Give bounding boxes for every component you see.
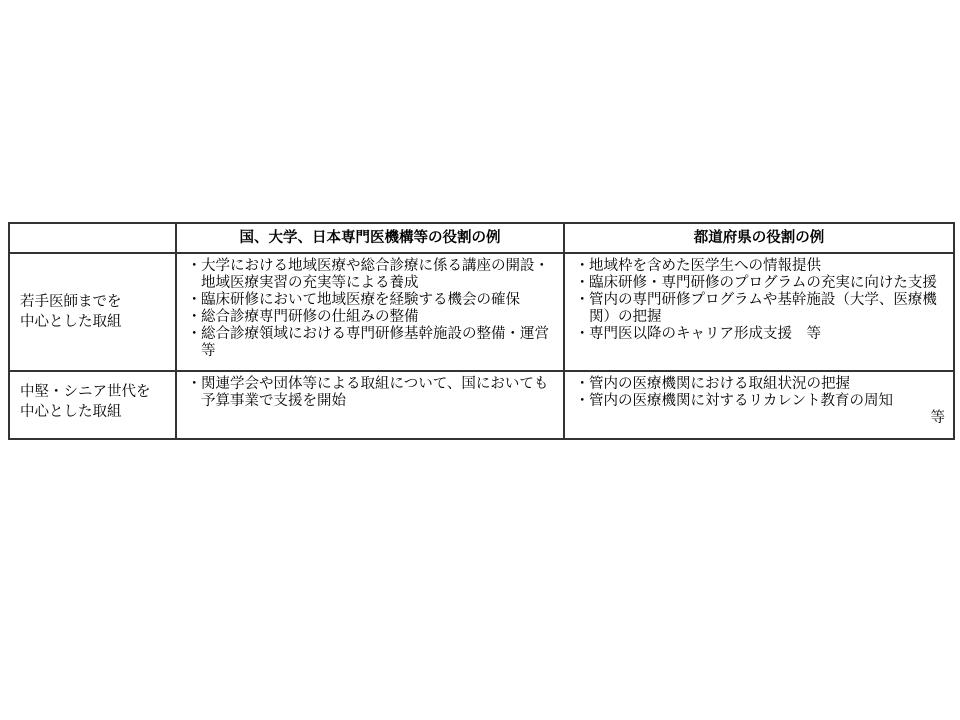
list-item-text: 総合診療領域における専門研修基幹施設の整備・運営 等: [201, 326, 564, 359]
list-item-text: 専門医以降のキャリア形成支援 等: [589, 326, 821, 342]
row-label: 中堅・シニア世代を 中心とした取組: [9, 371, 176, 439]
bullet-icon: ・: [187, 292, 202, 309]
list-item-text: 地域枠を含めた医学生への情報提供: [589, 258, 821, 274]
list-item: ・専門医以降のキャリア形成支援 等: [575, 326, 947, 343]
header-empty: [9, 223, 176, 253]
row-label-line: 若手医師までを: [20, 292, 175, 312]
list-item: ・管内の医療機関における取組状況の把握: [575, 376, 947, 393]
bullet-icon: ・: [575, 326, 590, 343]
table-row-young-doctors: 若手医師までを 中心とした取組 ・大学における地域医療や総合診療に係る講座の開設…: [9, 253, 954, 371]
row-label-line: 中心とした取組: [20, 312, 175, 332]
list-item: ・大学における地域医療や総合診療に係る講座の開設・地域医療実習の充実等による養成: [187, 258, 557, 292]
header-national-roles: 国、大学、日本専門医機構等の役割の例: [176, 223, 564, 253]
bullet-icon: ・: [187, 309, 202, 326]
list-item-text: 大学における地域医療や総合診療に係る講座の開設・地域医療実習の充実等による養成: [201, 258, 549, 291]
row-label-line: 中堅・シニア世代を: [20, 382, 175, 402]
list-item-text: 管内の医療機関に対するリカレント教育の周知: [589, 393, 893, 409]
prefecture-roles-cell: ・管内の医療機関における取組状況の把握 ・管内の医療機関に対するリカレント教育の…: [564, 371, 954, 439]
list-item-text: 関連学会や団体等による取組について、国においても予算事業で支援を開始: [201, 376, 548, 409]
bullet-icon: ・: [575, 258, 590, 275]
bullet-icon: ・: [187, 376, 202, 393]
bullet-icon: ・: [187, 326, 202, 343]
list-item: ・関連学会や団体等による取組について、国においても予算事業で支援を開始: [187, 376, 557, 410]
row-label: 若手医師までを 中心とした取組: [9, 253, 176, 371]
list-item-text: 臨床研修・専門研修のプログラムの充実に向けた支援: [589, 275, 937, 291]
national-roles-cell: ・大学における地域医療や総合診療に係る講座の開設・地域医療実習の充実等による養成…: [176, 253, 564, 371]
table-row-mid-senior: 中堅・シニア世代を 中心とした取組 ・関連学会や団体等による取組について、国にお…: [9, 371, 954, 439]
list-item-text: 管内の専門研修プログラムや基幹施設（大学、医療機関）の把握: [589, 292, 937, 325]
roles-table: 国、大学、日本専門医機構等の役割の例 都道府県の役割の例 若手医師までを 中心と…: [8, 222, 955, 440]
list-item: ・臨床研修・専門研修のプログラムの充実に向けた支援: [575, 275, 947, 292]
list-item: ・管内の専門研修プログラムや基幹施設（大学、医療機関）の把握: [575, 292, 947, 326]
header-row: 国、大学、日本専門医機構等の役割の例 都道府県の役割の例: [9, 223, 954, 253]
list-item: ・総合診療専門研修の仕組みの整備: [187, 309, 557, 326]
list-item: ・地域枠を含めた医学生への情報提供: [575, 258, 947, 275]
header-prefecture-roles: 都道府県の役割の例: [564, 223, 954, 253]
bullet-icon: ・: [575, 292, 590, 309]
list-item-text: 臨床研修において地域医療を経験する機会の確保: [201, 292, 520, 308]
bullet-icon: ・: [575, 275, 590, 292]
list-item-text: 管内の医療機関における取組状況の把握: [589, 376, 850, 392]
trailing-etc: 等: [589, 410, 947, 427]
list-item: ・管内の医療機関に対するリカレント教育の周知等: [575, 393, 947, 427]
bullet-icon: ・: [187, 258, 202, 275]
prefecture-roles-cell: ・地域枠を含めた医学生への情報提供 ・臨床研修・専門研修のプログラムの充実に向け…: [564, 253, 954, 371]
list-item-text: 総合診療専門研修の仕組みの整備: [201, 309, 419, 325]
list-item: ・臨床研修において地域医療を経験する機会の確保: [187, 292, 557, 309]
list-item: ・総合診療領域における専門研修基幹施設の整備・運営 等: [187, 326, 557, 360]
bullet-icon: ・: [575, 376, 590, 393]
bullet-icon: ・: [575, 393, 590, 410]
row-label-line: 中心とした取組: [20, 402, 175, 422]
national-roles-cell: ・関連学会や団体等による取組について、国においても予算事業で支援を開始: [176, 371, 564, 439]
